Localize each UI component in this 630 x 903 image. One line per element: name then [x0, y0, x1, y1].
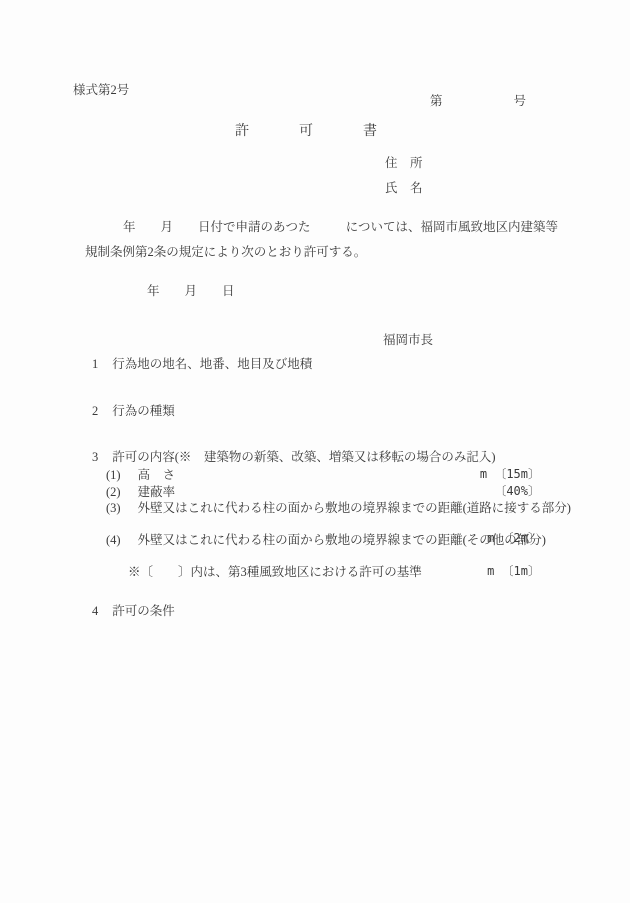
item-3-number: 3: [92, 450, 98, 464]
item-3-label: 許可の内容(※ 建築物の新築、改築、増築又は移転の場合のみ記入): [112, 450, 495, 464]
recipient-address-label: 住 所: [385, 156, 423, 170]
item-1-label: 行為地の地名、地番、地目及び地積: [112, 357, 312, 371]
item-2-label: 行為の種類: [112, 404, 175, 418]
signer-title: 福岡市長: [383, 333, 433, 347]
detail-row-coverage: (2) 建蔽率 〔40%〕: [106, 485, 540, 499]
item-2-action-type: 2 行為の種類: [92, 404, 175, 418]
item-1-site: 1 行為地の地名、地番、地目及び地積: [92, 357, 312, 371]
detail-setback-other-number: (4): [106, 533, 121, 547]
detail-coverage-left: (2) 建蔽率: [106, 485, 175, 499]
permit-document-page: 様式第2号 第 号 許可書 住 所 氏 名 年 月 日付で申請のあつた について…: [0, 0, 630, 903]
detail-height-value: m 〔15m〕: [480, 468, 540, 482]
body-paragraph-line1: 年 月 日付で申請のあつた については、福岡市風致地区内建築等: [85, 220, 558, 234]
detail-coverage-label: 建蔽率: [138, 485, 176, 499]
document-number: 第 号: [430, 94, 526, 108]
detail-setback-other-value: m 〔1m〕: [487, 564, 540, 578]
issue-date-blank: 年 月 日: [147, 284, 235, 298]
detail-setback-road-number: (3): [106, 501, 121, 515]
bracket-note: ※〔 〕内は、第3種風致地区における許可の基準: [128, 565, 422, 579]
detail-row-setback-other: (4) 外壁又はこれに代わる柱の面から敷地の境界線までの距離(その他の部分): [106, 533, 546, 547]
recipient-name-label: 氏 名: [385, 181, 423, 195]
item-2-number: 2: [92, 404, 98, 418]
detail-setback-road-label: 外壁又はこれに代わる柱の面から敷地の境界線までの距離(道路に接する部分): [138, 501, 571, 515]
detail-setback-other-label: 外壁又はこれに代わる柱の面から敷地の境界線までの距離(その他の部分): [138, 533, 546, 547]
application-date-blank: 年 月 日付で申請のあつた: [85, 220, 311, 234]
document-title: 許可書: [235, 124, 427, 140]
detail-row-setback-road: (3) 外壁又はこれに代わる柱の面から敷地の境界線までの距離(道路に接する部分): [106, 501, 571, 515]
detail-height-label: 高 さ: [138, 468, 176, 482]
item-4-label: 許可の条件: [112, 604, 175, 618]
item-4-number: 4: [92, 604, 98, 618]
detail-height-left: (1) 高 さ: [106, 468, 175, 482]
form-number: 様式第2号: [73, 83, 129, 97]
document-number-prefix: 第: [430, 94, 443, 108]
item-4-conditions: 4 許可の条件: [92, 604, 175, 618]
detail-coverage-number: (2): [106, 485, 121, 499]
detail-height-number: (1): [106, 468, 121, 482]
detail-coverage-value: 〔40%〕: [494, 485, 540, 499]
item-3-permit-contents: 3 許可の内容(※ 建築物の新築、改築、増築又は移転の場合のみ記入): [92, 450, 496, 464]
ordinance-reference: については、福岡市風致地区内建築等: [346, 220, 558, 234]
item-1-number: 1: [92, 357, 98, 371]
body-paragraph-line2: 規制条例第2条の規定により次のとおり許可する。: [85, 245, 366, 259]
document-number-suffix: 号: [513, 94, 526, 108]
detail-row-height: (1) 高 さ m 〔15m〕: [106, 468, 540, 482]
